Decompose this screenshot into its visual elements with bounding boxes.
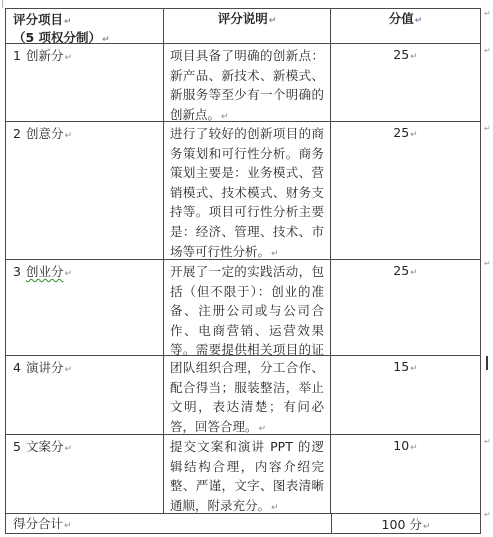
description-cell: 开展了一定的实践活动，包括（但不限于）：创业的准备、注册公司或与公司合作、电商营… (164, 260, 331, 355)
paragraph-mark: ↵ (423, 522, 431, 532)
item-name: 创新分 (26, 48, 64, 63)
table-row: 1创新分↵ 项目具备了明确的创新点：新产品、新技术、新模式、新服务等至少有一个明… (6, 43, 480, 121)
paragraph-mark: ↵ (259, 424, 267, 434)
end-of-row-mark: ↵ (484, 437, 491, 446)
header-item-line1: 评分项目 (13, 12, 63, 27)
paragraph-mark: ↵ (64, 17, 72, 27)
paragraph-mark: ↵ (64, 53, 72, 63)
paragraph-mark: ↵ (410, 130, 418, 140)
score-cell: 10↵ (331, 435, 480, 513)
paragraph-mark: ↵ (415, 16, 423, 26)
paragraph-mark: ↵ (410, 52, 418, 62)
table-header-row: 评分项目↵ （5 项权分制）↵ 评分说明↵ 分值↵ (6, 9, 480, 43)
item-cell-presentation: 4演讲分↵ (6, 356, 164, 434)
total-label: 得分合计 (13, 516, 63, 531)
item-number: 1 (13, 48, 21, 63)
score-cell: 15↵ (331, 356, 480, 434)
score-value: 25 (393, 263, 409, 278)
paragraph-mark: ↵ (271, 503, 279, 513)
end-of-row-mark: ↵ (484, 259, 491, 268)
item-cell-innovation: 1创新分↵ (6, 44, 164, 121)
item-cell-creativity: 2创意分↵ (6, 122, 164, 259)
table-row: 3创业分↵ 开展了一定的实践活动，包括（但不限于）：创业的准备、注册公司或与公司… (6, 259, 480, 355)
item-name: 演讲分 (26, 360, 64, 375)
paragraph-mark: ↵ (64, 521, 72, 531)
item-number: 3 (13, 264, 21, 279)
paragraph-mark: ↵ (410, 268, 418, 278)
item-name: 文案分 (26, 439, 64, 454)
paragraph-mark: ↵ (64, 365, 72, 375)
score-cell: 25↵ (331, 122, 480, 259)
header-cell-item: 评分项目↵ （5 项权分制）↵ (6, 9, 164, 43)
header-cell-score: 分值↵ (331, 9, 480, 43)
paragraph-mark: ↵ (269, 16, 277, 26)
end-of-row-mark: ↵ (484, 9, 491, 18)
score-value: 10 (393, 438, 409, 453)
text-cursor (486, 356, 488, 370)
total-label-cell: 得分合计↵ (6, 514, 332, 533)
description-text: 提交文案和演讲 PPT 的逻辑结构合理，内容介绍完整、严谨，文字、图表清晰通顺，… (170, 439, 324, 513)
item-number: 5 (13, 439, 21, 454)
scoring-rubric-table: 评分项目↵ （5 项权分制）↵ 评分说明↵ 分值↵ 1创新分↵ 项目具备了明确的… (5, 8, 481, 534)
paragraph-mark: ↵ (64, 269, 72, 279)
paragraph-mark: ↵ (410, 364, 418, 374)
paragraph-mark: ↵ (221, 112, 229, 121)
description-cell: 进行了较好的创新项目的商务策划和可行性分析。商务策划主要是：业务模式、营销模式、… (164, 122, 331, 259)
paragraph-mark: ↵ (102, 35, 110, 43)
description-text: 项目具备了明确的创新点：新产品、新技术、新模式、新服务等至少有一个明确的创新点。 (170, 48, 324, 121)
score-value: 25 (393, 125, 409, 140)
header-item-line2: （5 项权分制） (13, 30, 101, 43)
page-edge-tick (2, 0, 3, 8)
paragraph-mark: ↵ (410, 443, 418, 453)
item-cell-copywriting: 5文案分↵ (6, 435, 164, 513)
header-score-label: 分值 (389, 11, 414, 26)
description-text: 进行了较好的创新项目的商务策划和可行性分析。商务策划主要是：业务模式、营销模式、… (170, 126, 324, 259)
end-of-row-mark: ↵ (484, 46, 491, 55)
description-cell: 团队组织合理，分工合作、配合得当；服装整洁，举止文明，表达清楚；有问必答，回答合… (164, 356, 331, 434)
score-value: 15 (393, 359, 409, 374)
table-total-row: 得分合计↵ 100 分↵ (6, 513, 480, 533)
total-score-value: 100 分 (382, 517, 422, 532)
score-cell: 25↵ (331, 44, 480, 121)
end-of-row-mark: ↵ (484, 510, 491, 519)
end-of-row-mark: ↵ (484, 124, 491, 133)
table-row: 5文案分↵ 提交文案和演讲 PPT 的逻辑结构合理，内容介绍完整、严谨，文字、图… (6, 434, 480, 513)
header-description-label: 评分说明 (218, 11, 268, 26)
table-row: 2创意分↵ 进行了较好的创新项目的商务策划和可行性分析。商务策划主要是：业务模式… (6, 121, 480, 259)
paragraph-mark: ↵ (271, 249, 279, 259)
score-value: 25 (393, 47, 409, 62)
item-name-spellchecked: 创业分 (26, 264, 64, 279)
paragraph-mark: ↵ (64, 444, 72, 454)
item-number: 2 (13, 126, 21, 141)
description-cell: 项目具备了明确的创新点：新产品、新技术、新模式、新服务等至少有一个明确的创新点。… (164, 44, 331, 121)
item-cell-entrepreneurship: 3创业分↵ (6, 260, 164, 355)
description-text: 团队组织合理，分工合作、配合得当；服装整洁，举止文明，表达清楚；有问必答，回答合… (170, 360, 324, 434)
total-score-cell: 100 分↵ (332, 514, 480, 533)
item-number: 4 (13, 360, 21, 375)
score-cell: 25↵ (331, 260, 480, 355)
paragraph-mark: ↵ (64, 131, 72, 141)
description-text: 开展了一定的实践活动，包括（但不限于）：创业的准备、注册公司或与公司合作、电商营… (170, 264, 324, 355)
table-row: 4演讲分↵ 团队组织合理，分工合作、配合得当；服装整洁，举止文明，表达清楚；有问… (6, 355, 480, 434)
header-cell-description: 评分说明↵ (164, 9, 331, 43)
item-name: 创意分 (26, 126, 64, 141)
description-cell: 提交文案和演讲 PPT 的逻辑结构合理，内容介绍完整、严谨，文字、图表清晰通顺，… (164, 435, 331, 513)
